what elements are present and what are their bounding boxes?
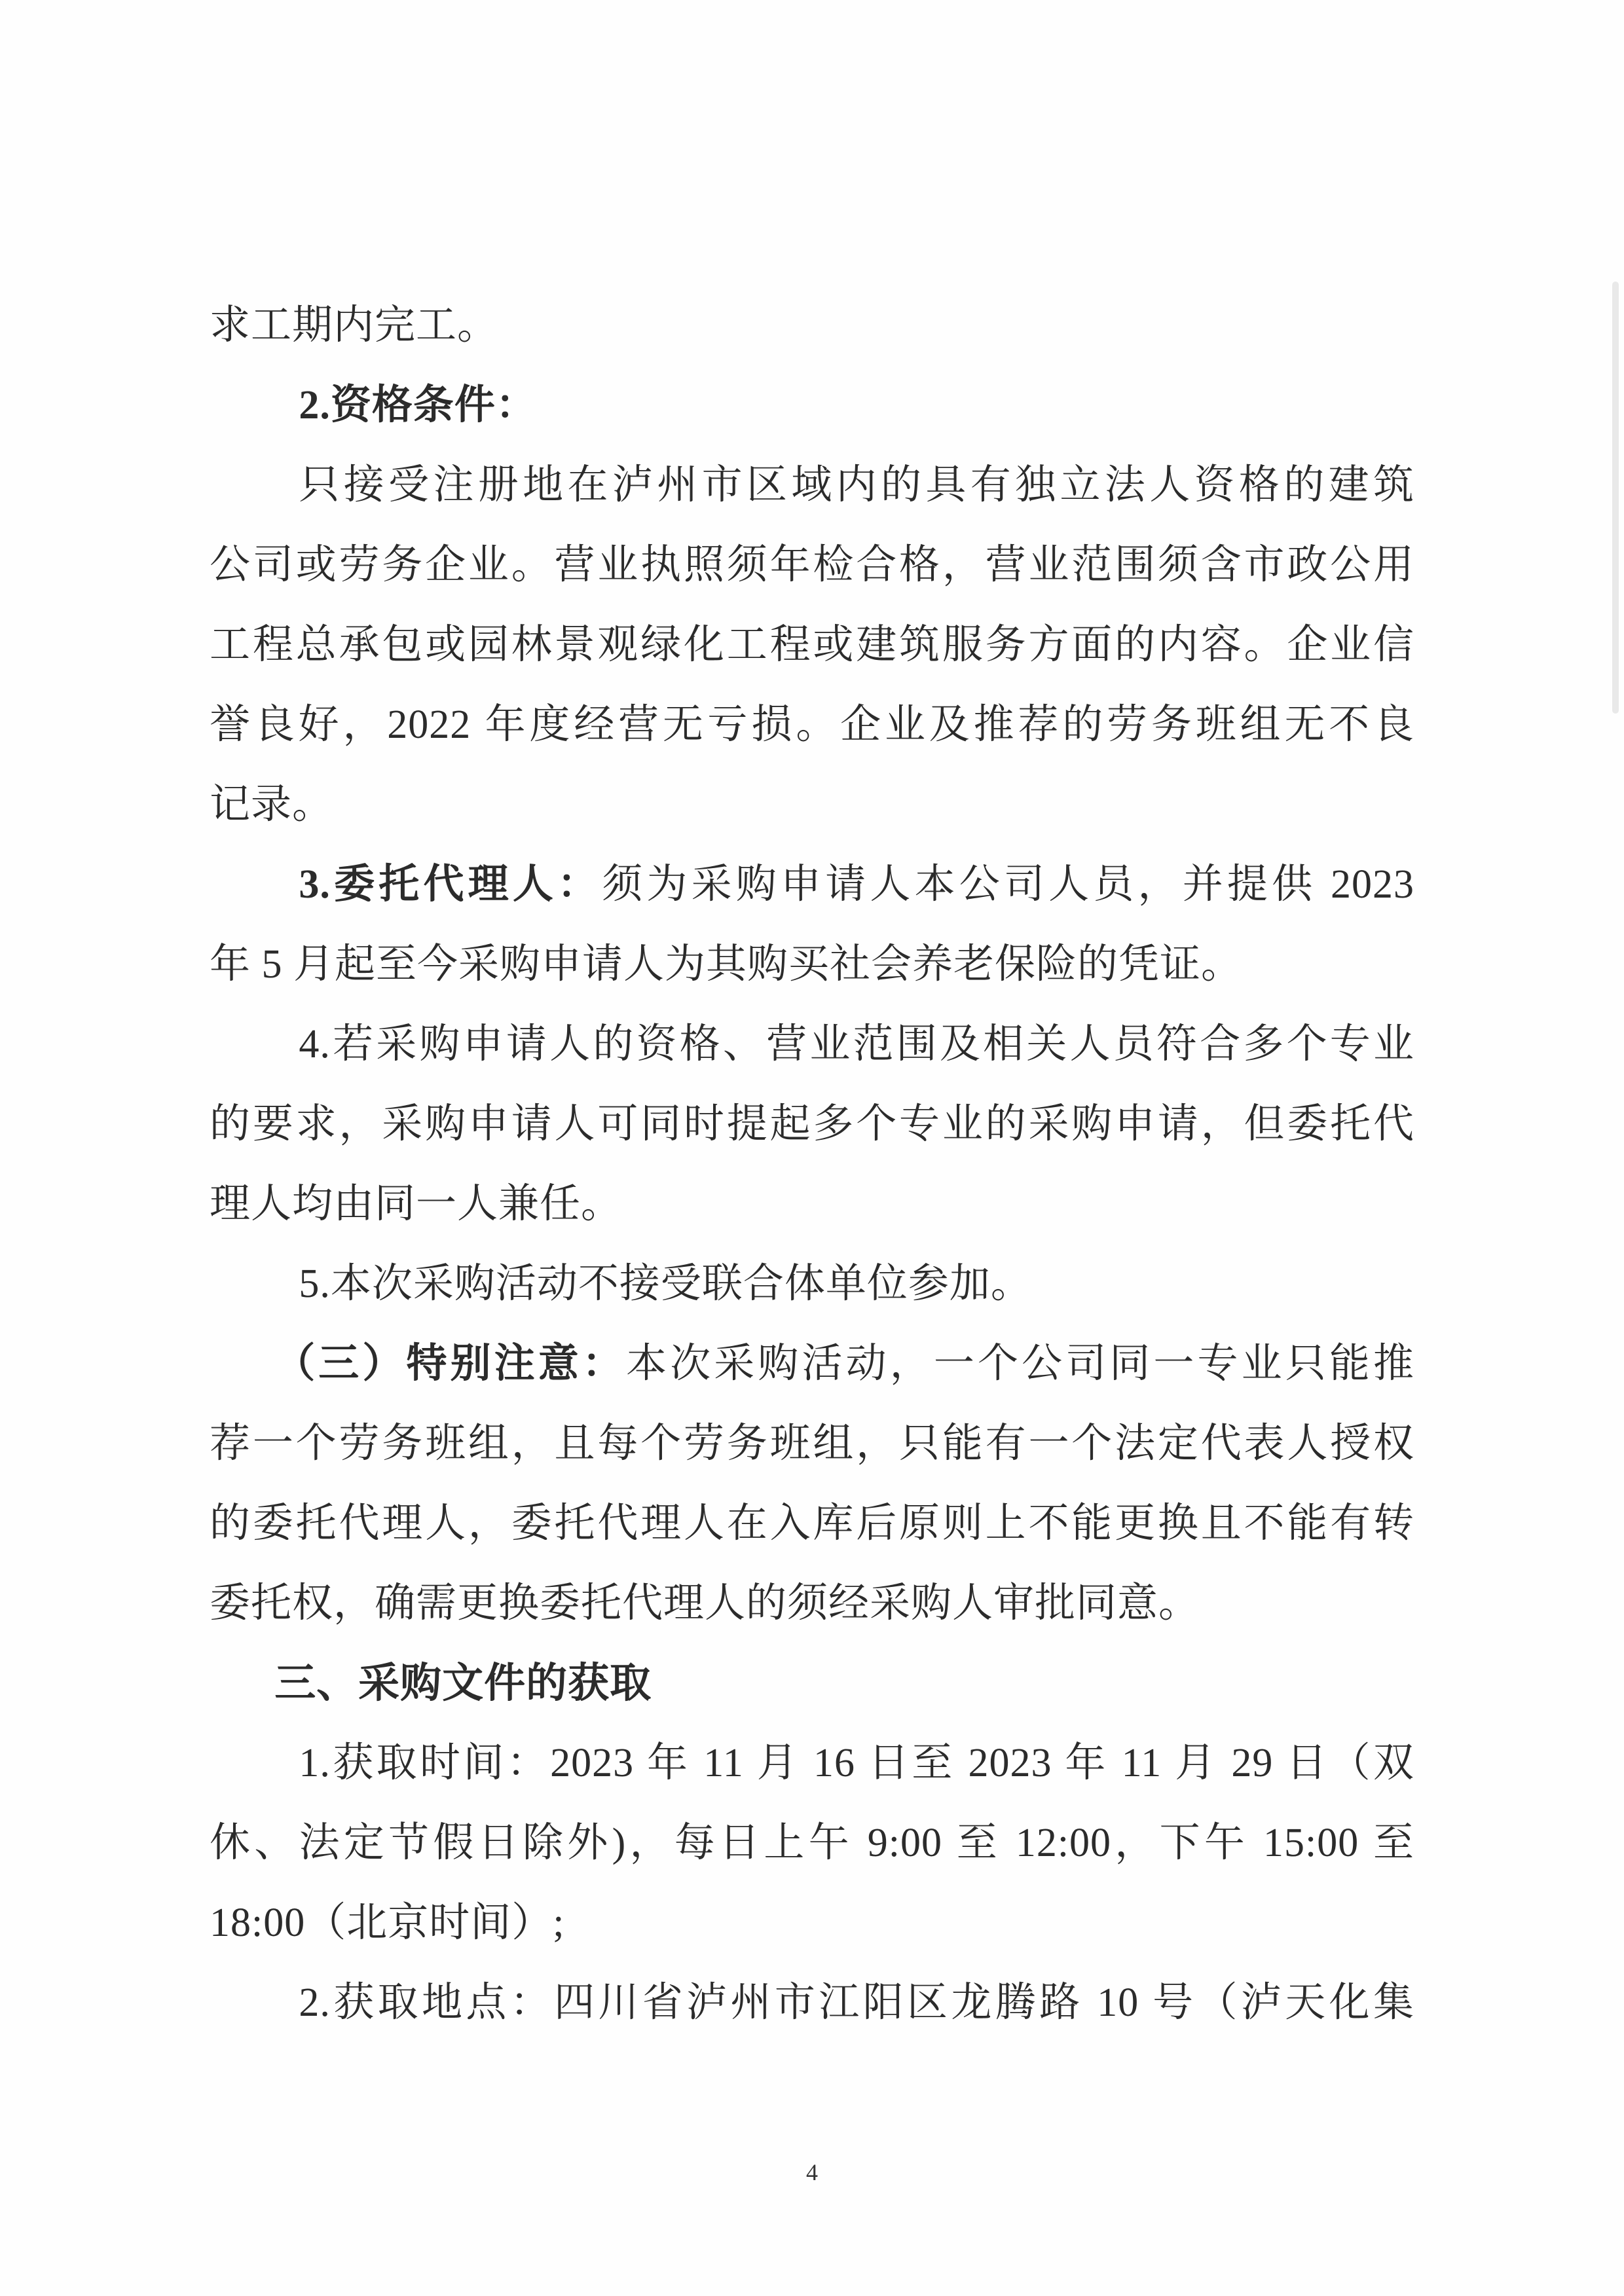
body-text: 4.若采购申请人的资格、营业范围及相关人员符合多个专业 — [299, 1022, 1414, 1066]
body-text: 本次采购活动，一个公司同一专业只能推 — [626, 1341, 1414, 1386]
body-text: 1.获取时间：2023 年 11 月 16 日至 2023 年 11 月 29 … — [299, 1741, 1414, 1785]
body-text: 年 5 月起至今采购申请人为其购买社会养老保险的凭证。 — [210, 942, 1242, 987]
body-text: 公司或劳务企业。营业执照须年检合格，营业范围须含市政公用 — [210, 543, 1414, 587]
text-line: 的委托代理人，委托代理人在入库后原则上不能更换且不能有转 — [210, 1484, 1414, 1563]
text-line: 年 5 月起至今采购申请人为其购买社会养老保险的凭证。 — [210, 924, 1414, 1004]
body-text: 荐一个劳务班组，且每个劳务班组，只能有一个法定代表人授权 — [210, 1421, 1414, 1466]
body-text: 5.本次采购活动不接受联合体单位参加。 — [299, 1262, 1032, 1306]
text-line: 记录。 — [210, 765, 1414, 845]
document-body: 求工期内完工。2.资格条件：只接受注册地在泸州市区域内的具有独立法人资格的建筑公… — [210, 285, 1414, 2043]
section-heading: 三、采购文件的获取 — [210, 1643, 1414, 1723]
body-text: 的要求，采购申请人可同时提起多个专业的采购申请，但委托代 — [210, 1102, 1414, 1146]
body-text: 只接受注册地在泸州市区域内的具有独立法人资格的建筑 — [299, 463, 1414, 507]
body-text: 2.获取地点：四川省泸州市江阳区龙腾路 10 号（泸天化集 — [299, 1980, 1414, 2025]
body-text: 18:00（北京时间）; — [210, 1901, 564, 1945]
text-line: 公司或劳务企业。营业执照须年检合格，营业范围须含市政公用 — [210, 525, 1414, 605]
text-line: 18:00（北京时间）; — [210, 1883, 1414, 1963]
text-line: 荐一个劳务班组，且每个劳务班组，只能有一个法定代表人授权 — [210, 1404, 1414, 1484]
emphasized-text: 2.资格条件： — [299, 383, 537, 428]
text-line: 2.资格条件： — [210, 365, 1414, 445]
text-line: 委托权，确需更换委托代理人的须经采购人审批同意。 — [210, 1563, 1414, 1643]
text-line: 誉良好，2022 年度经营无亏损。企业及推荐的劳务班组无不良 — [210, 685, 1414, 765]
text-line: 的要求，采购申请人可同时提起多个专业的采购申请，但委托代 — [210, 1084, 1414, 1164]
text-line: 只接受注册地在泸州市区域内的具有独立法人资格的建筑 — [210, 445, 1414, 525]
body-text: 理人均由同一人兼任。 — [210, 1182, 622, 1226]
emphasized-text: （三）特别注意： — [274, 1341, 626, 1386]
scan-edge-artifact — [1612, 282, 1619, 714]
document-page: 求工期内完工。2.资格条件：只接受注册地在泸州市区域内的具有独立法人资格的建筑公… — [0, 0, 1624, 2296]
text-line: 1.获取时间：2023 年 11 月 16 日至 2023 年 11 月 29 … — [210, 1723, 1414, 1803]
body-text: 休、法定节假日除外)，每日上午 9:00 至 12:00，下午 15:00 至 — [210, 1821, 1414, 1865]
text-line: 工程总承包或园林景观绿化工程或建筑服务方面的内容。企业信 — [210, 605, 1414, 685]
body-text: 记录。 — [210, 782, 333, 827]
text-line: （三）特别注意：本次采购活动，一个公司同一专业只能推 — [210, 1324, 1414, 1404]
body-text: 委托权，确需更换委托代理人的须经采购人审批同意。 — [210, 1581, 1200, 1626]
text-line: 4.若采购申请人的资格、营业范围及相关人员符合多个专业 — [210, 1004, 1414, 1084]
text-line: 2.获取地点：四川省泸州市江阳区龙腾路 10 号（泸天化集 — [210, 1963, 1414, 2043]
body-text: 工程总承包或园林景观绿化工程或建筑服务方面的内容。企业信 — [210, 623, 1414, 667]
text-line: 理人均由同一人兼任。 — [210, 1164, 1414, 1244]
body-text: 须为采购申请人本公司人员，并提供 2023 — [602, 862, 1414, 907]
emphasized-text: 三、采购文件的获取 — [274, 1660, 652, 1706]
body-text: 的委托代理人，委托代理人在入库后原则上不能更换且不能有转 — [210, 1501, 1414, 1546]
body-text: 誉良好，2022 年度经营无亏损。企业及推荐的劳务班组无不良 — [210, 702, 1414, 747]
page-number: 4 — [0, 2158, 1624, 2187]
body-text: 求工期内完工。 — [210, 303, 498, 348]
text-line: 3.委托代理人：须为采购申请人本公司人员，并提供 2023 — [210, 845, 1414, 924]
text-line: 休、法定节假日除外)，每日上午 9:00 至 12:00，下午 15:00 至 — [210, 1803, 1414, 1883]
emphasized-text: 3.委托代理人： — [299, 862, 602, 907]
text-line: 求工期内完工。 — [210, 285, 1414, 365]
text-line: 5.本次采购活动不接受联合体单位参加。 — [210, 1244, 1414, 1324]
